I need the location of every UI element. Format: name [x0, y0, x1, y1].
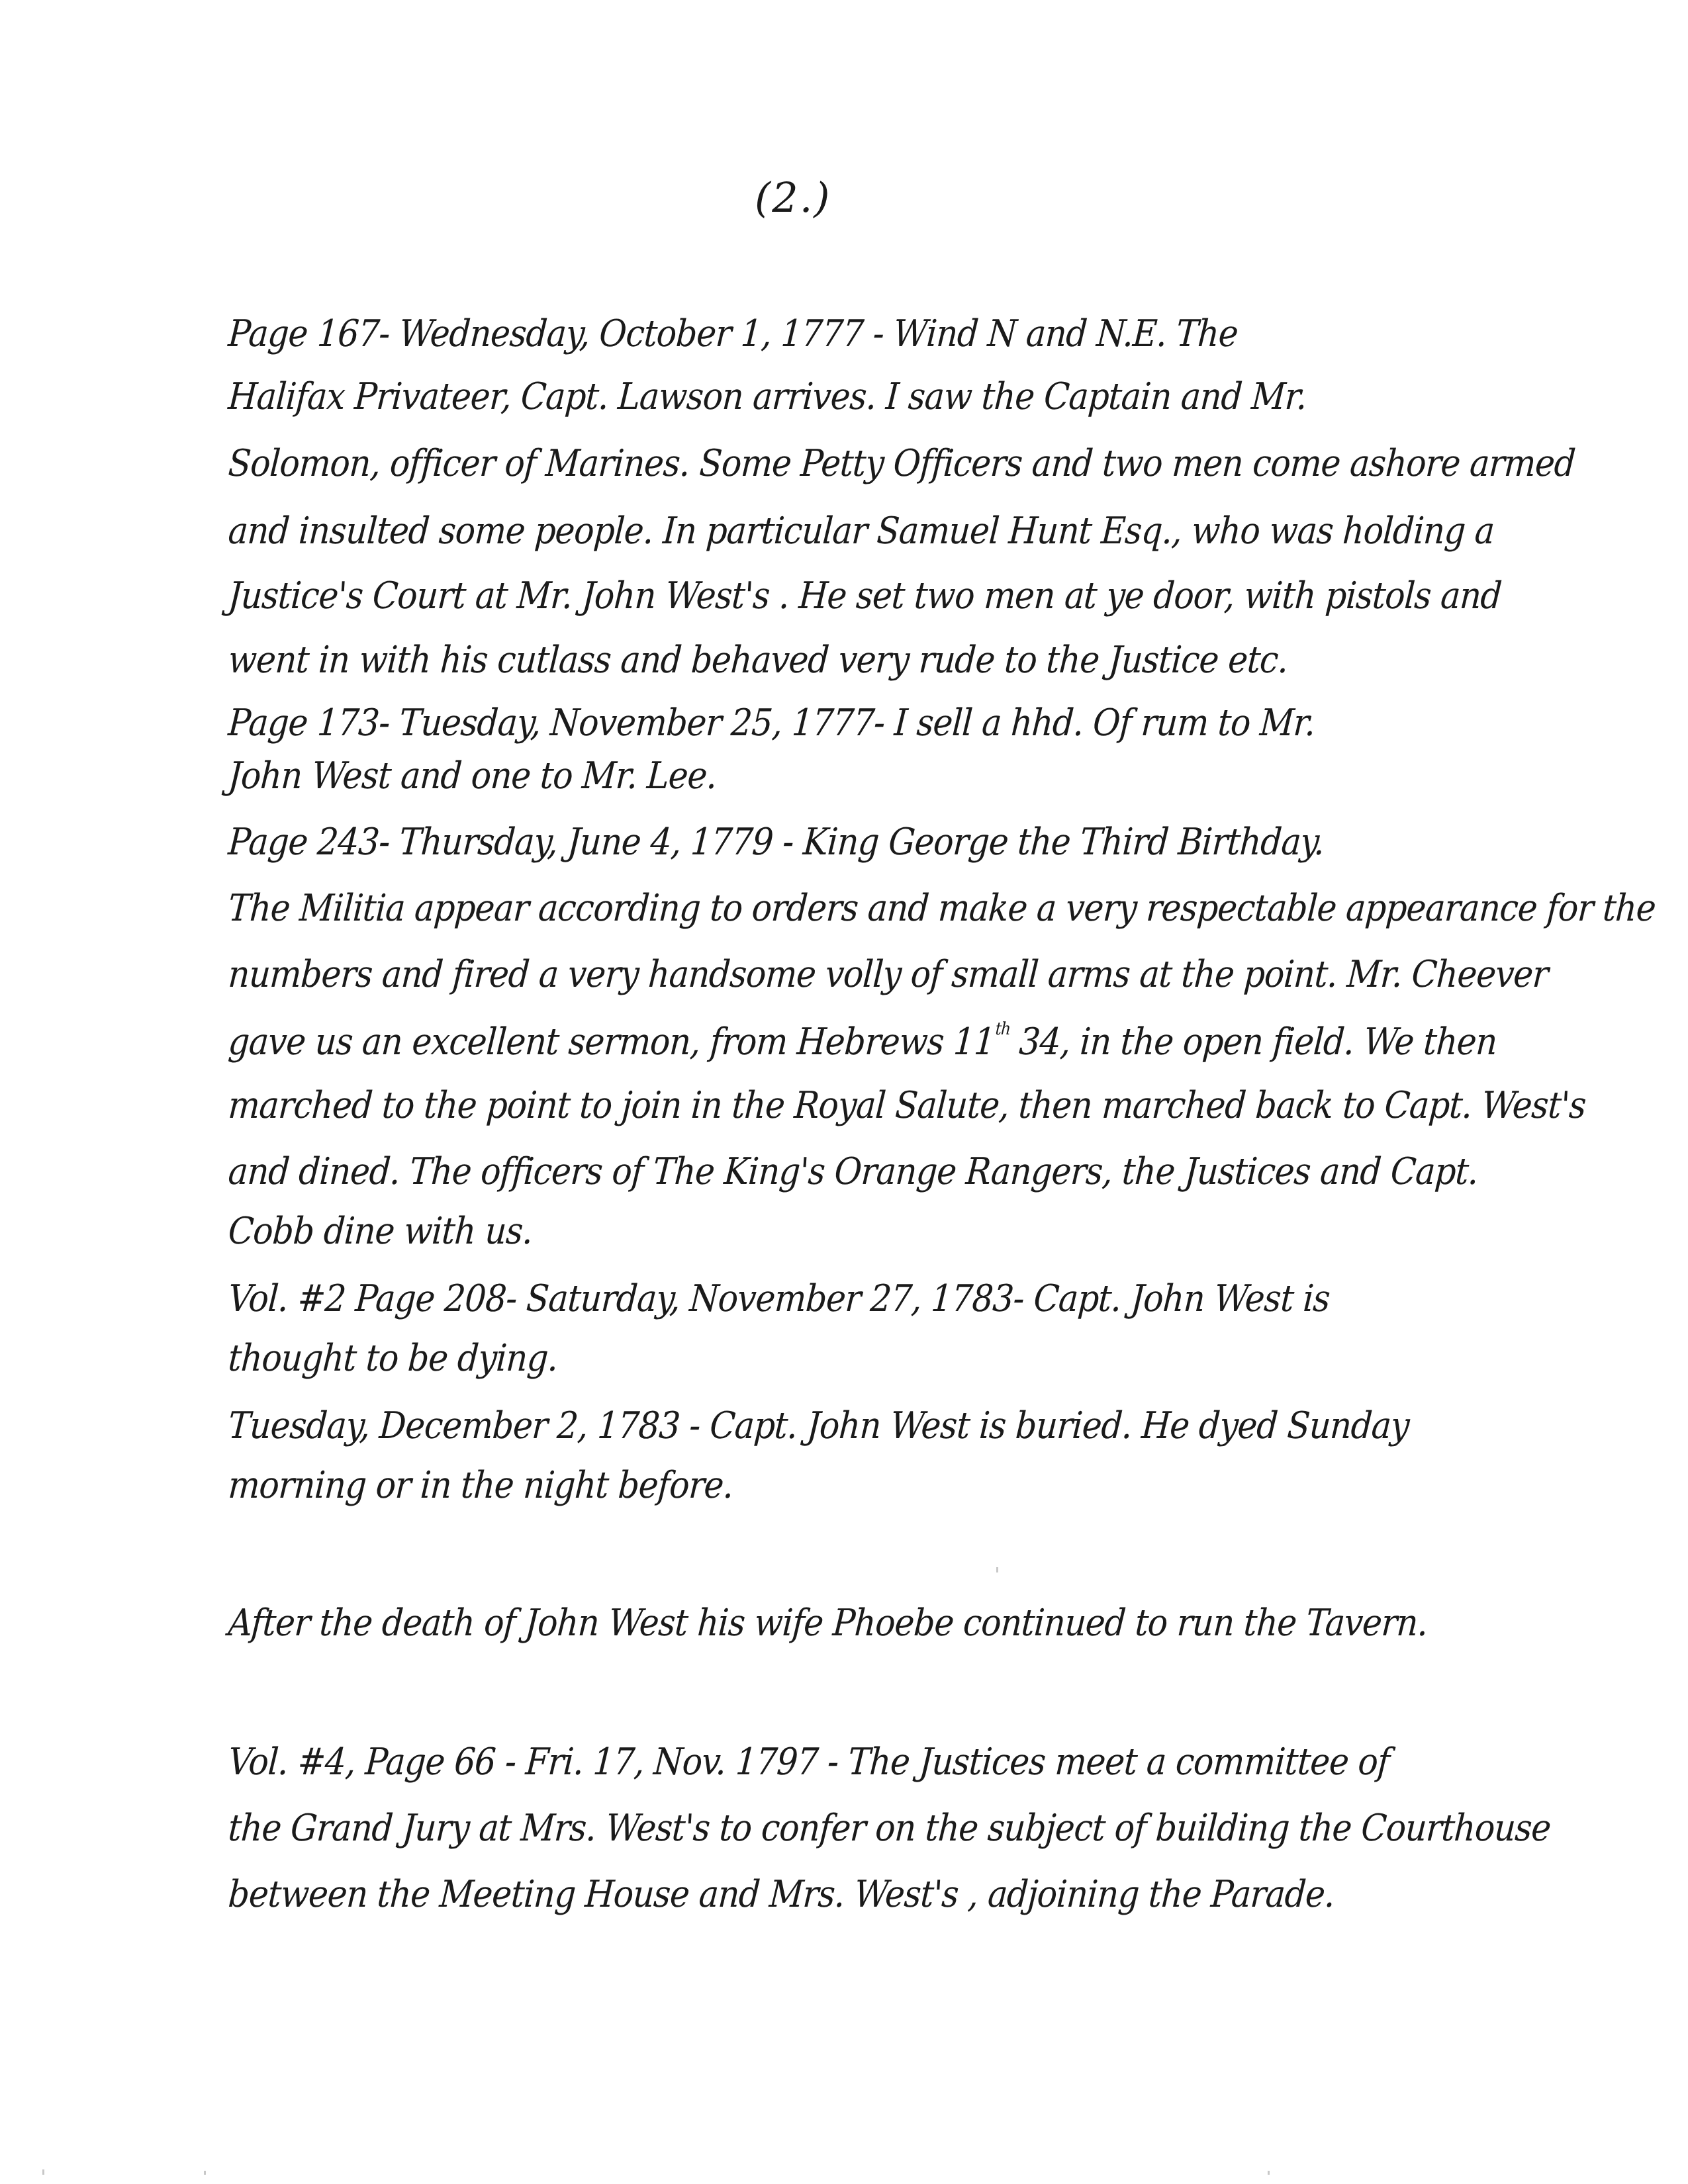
line-text: gave us an excellent sermon, from Hebrew… [227, 1021, 996, 1064]
entry-page-173-line-2: John West and one to Mr. Lee. [227, 754, 718, 797]
entry-page-167-line-4: and insulted some people. In particular … [227, 510, 1495, 553]
document-page: (2.) Page 167- Wednesday, October 1, 177… [0, 0, 1688, 2184]
entry-page-243-line-7: Cobb dine with us. [227, 1210, 534, 1253]
entry-dec-1783-line-1: Tuesday, December 2, 1783 - Capt. John W… [227, 1404, 1410, 1447]
entry-page-243-line-4: gave us an excellent sermon, from Hebrew… [227, 1019, 1498, 1064]
entry-dec-1783-line-2: morning or in the night before. [227, 1464, 734, 1507]
entry-vol4-page-66-line-2: the Grand Jury at Mrs. West's to confer … [227, 1807, 1552, 1850]
superscript-th: th [995, 1019, 1011, 1039]
entry-vol4-page-66-line-1: Vol. #4, Page 66 - Fri. 17, Nov. 1797 - … [227, 1741, 1391, 1784]
entry-page-243-line-6: and dined. The officers of The King's Or… [227, 1150, 1479, 1193]
scan-speck [996, 1567, 998, 1572]
entry-page-243-line-2: The Militia appear according to orders a… [227, 887, 1657, 930]
entry-page-243-line-5: marched to the point to join in the Roya… [227, 1084, 1587, 1127]
page-number: (2.) [755, 173, 831, 222]
entry-vol2-page-208-line-2: thought to be dying. [227, 1337, 559, 1380]
entry-vol4-page-66-line-3: between the Meeting House and Mrs. West'… [227, 1873, 1336, 1916]
line-text: 34, in the open field. We then [1008, 1021, 1498, 1064]
scan-speck [42, 2169, 44, 2175]
entry-page-243-line-1: Page 243- Thursday, June 4, 1779 - King … [227, 821, 1325, 864]
entry-vol2-page-208-line-1: Vol. #2 Page 208- Saturday, November 27,… [227, 1277, 1331, 1320]
entry-page-167-line-5: Justice's Court at Mr. John West's . He … [227, 574, 1503, 617]
scan-speck [204, 2171, 206, 2175]
entry-page-167-line-3: Solomon, officer of Marines. Some Petty … [227, 442, 1576, 485]
entry-after-death-line-1: After the death of John West his wife Ph… [227, 1602, 1429, 1645]
entry-page-243-line-3: numbers and fired a very handsome volly … [227, 953, 1549, 996]
entry-page-167-line-2: Halifax Privateer, Capt. Lawson arrives.… [227, 375, 1308, 418]
scan-speck [1268, 2171, 1270, 2175]
entry-page-173-line-1: Page 173- Tuesday, November 25, 1777- I … [227, 702, 1316, 745]
entry-page-167-line-6: went in with his cutlass and behaved ver… [227, 639, 1289, 682]
entry-page-167-line-1: Page 167- Wednesday, October 1, 1777 - W… [227, 312, 1239, 355]
